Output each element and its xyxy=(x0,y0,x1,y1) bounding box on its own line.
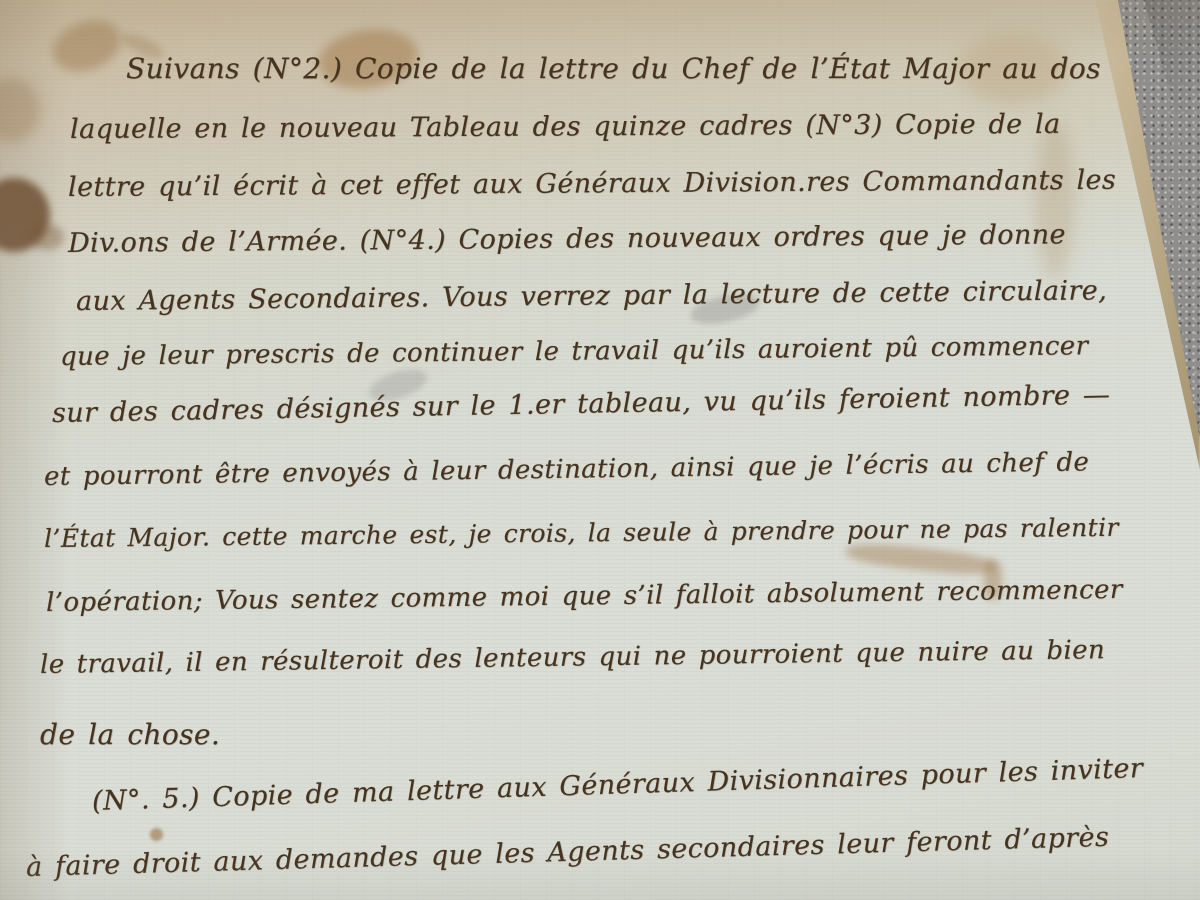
manuscript-line-3: lettre qu’il écrit à cet effet aux Génér… xyxy=(68,165,1116,203)
paper-stain xyxy=(150,828,163,841)
manuscript-line-14: à faire droit aux demandes que les Agent… xyxy=(26,822,1110,883)
manuscript-line-9: l’État Major. cette marche est, je crois… xyxy=(44,513,1119,553)
paper-stain xyxy=(1035,120,1075,280)
manuscript-line-10: l’opération; Vous sentez comme moi que s… xyxy=(46,575,1123,618)
manuscript-line-4: Div.ons de l’Armée. (N°4.) Copies des no… xyxy=(68,219,1066,259)
paper-stain xyxy=(30,224,64,250)
paper-stain xyxy=(0,178,50,252)
paper-stain xyxy=(46,11,128,80)
manuscript-page-photo: Suivans (N°2.) Copie de la lettre du Che… xyxy=(0,0,1200,900)
manuscript-line-13: (N°. 5.) Copie de ma lettre aux Généraux… xyxy=(92,753,1144,817)
manuscript-line-7: sur des cadres désignés sur le 1.er tabl… xyxy=(52,380,1111,429)
paper-stain xyxy=(845,540,996,578)
manuscript-line-5: aux Agents Secondaires. Vous verrez par … xyxy=(76,275,1107,317)
manuscript-line-2: laquelle en le nouveau Tableau des quinz… xyxy=(70,109,1061,145)
manuscript-line-6: que je leur prescris de continuer le tra… xyxy=(60,331,1089,372)
manuscript-line-8: et pourront être envoyés à leur destinat… xyxy=(44,447,1090,492)
manuscript-line-12: de la chose. xyxy=(40,718,220,751)
manuscript-line-1: Suivans (N°2.) Copie de la lettre du Che… xyxy=(126,52,1149,85)
manuscript-line-11: le travail, il en résulteroit des lenteu… xyxy=(40,635,1105,680)
paper-stain xyxy=(0,78,40,142)
